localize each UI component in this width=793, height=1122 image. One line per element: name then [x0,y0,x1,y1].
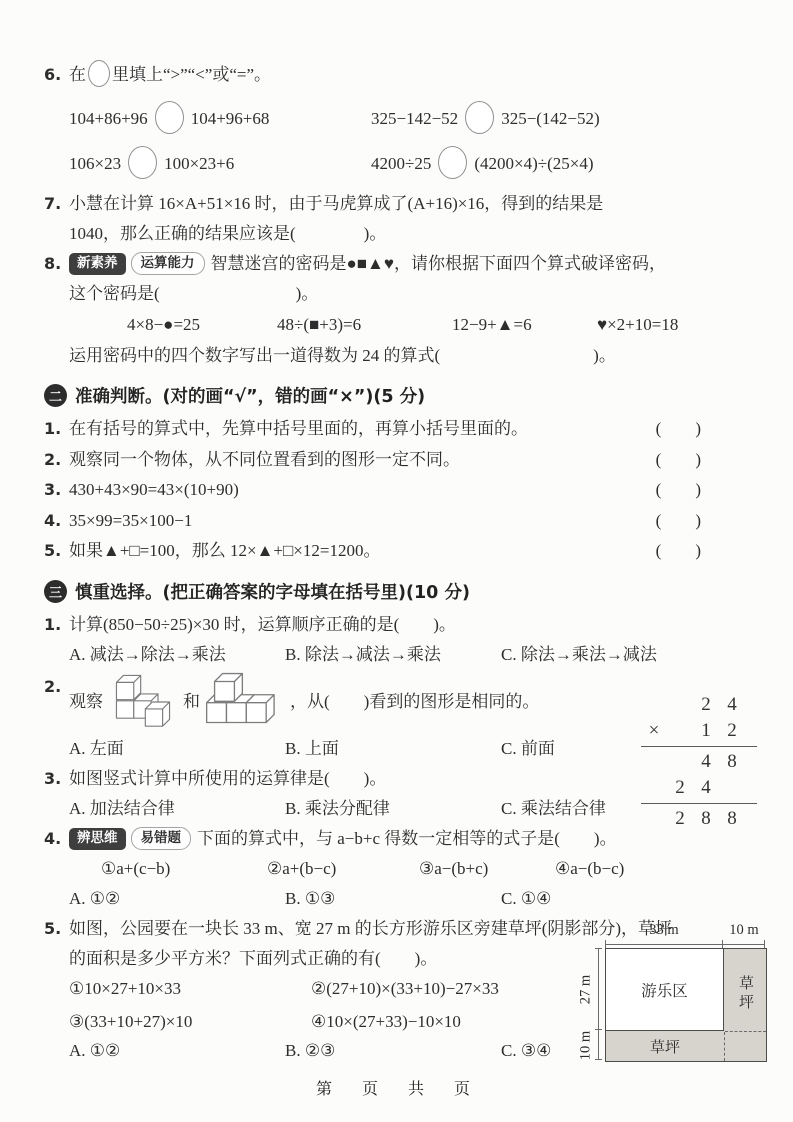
play-area: 游乐区 [606,949,724,1031]
question-8: 8. 新素养运算能力智慧迷宫的密码是●■▲♥，请你根据下面四个算式破译密码， 这… [44,249,763,371]
question-number: 7. [44,189,61,219]
section-2-header: 二 准确判断。(对的画“√”，错的画“×”)(5 分) [44,383,763,408]
option-a: A. 左面 [69,734,285,764]
tick-mark [605,940,606,948]
options-row: A. 减法→除法→乘法 B. 除法→减法→乘法 C. 除法→乘法→减法 [69,640,763,670]
tf-item: 4. 35×99=35×100−1 ( ) [44,506,763,537]
question-number: 6. [44,60,61,90]
option-b: B. 除法→减法→乘法 [285,640,501,670]
section-2-title: 准确判断。(对的画“√”，错的画“×”)(5 分) [75,383,425,408]
dashed-divider-vertical [724,1032,725,1061]
question-7-line2: 1040，那么正确的结果应该是( )。 [69,219,763,249]
item-number: 4. [44,506,61,536]
expression-2: ②a+(b−c) [267,854,419,884]
section-3-header: 三 慎重选择。(把正确答案的字母填在括号里)(10 分) [44,579,763,604]
stem-text: 观察 [69,687,103,717]
tick-mark [764,940,765,948]
tick-mark [595,948,602,949]
mult-digit: 2 [675,806,685,832]
answer-bracket: ( ) [656,506,701,537]
question-8-line3: 运用密码中的四个数字写出一道得数为 24 的算式( )。 [69,341,763,371]
mult-digit: 2 [701,692,711,718]
tick-mark [722,940,723,948]
answer-circle-icon [128,146,157,179]
stem-text: ，从( )看到的图形是相同的。 [290,687,539,717]
lawn-label-right: 草坪 [725,959,766,1029]
question-8-line1: 新素养运算能力智慧迷宫的密码是●■▲♥，请你根据下面四个算式破译密码， [69,249,763,279]
answer-circle-icon [465,101,494,134]
measure-line-left [598,948,599,1060]
choice-question-1: 1. 计算(850−50÷25)×30 时，运算顺序正确的是( )。 A. 减法… [44,610,763,670]
equation: 12−9+▲=6 [452,310,597,340]
prompt-text: 里填上“>”“<”或“=”。 [112,65,271,84]
mult-row-multiplier: ×12 [641,718,757,744]
comparison-grid: 104+86+96104+96+68 325−142−52325−(142−52… [69,101,763,180]
comparison-item: 104+86+96104+96+68 [69,101,371,135]
expression-left: 104+86+96 [69,109,148,128]
vertical-multiplication: 24 ×12 48 24 288 [641,692,757,832]
mult-row-product: 288 [641,806,757,832]
tf-item: 3. 430+43×90=43×(10+90) ( ) [44,475,763,506]
section-3-icon: 三 [44,580,67,603]
option-b: B. ①③ [285,884,501,914]
password-equations: 4×8−●=25 48÷(■+3)=6 12−9+▲=6 ♥×2+10=18 [69,310,763,340]
expression-1: ①10×27+10×33 [69,974,311,1003]
question-6-prompt: 在里填上“>”“<”或“=”。 [69,60,763,90]
item-number: 1. [44,414,61,444]
mult-digit: 1 [701,718,711,744]
answer-circle-icon [88,60,110,87]
prompt-text: 在 [69,65,86,84]
mult-digit: 8 [727,749,737,775]
expression-3: ③(33+10+27)×10 [69,1007,311,1036]
stem-text: 下面的算式中，与 a−b+c 得数一定相等的式子是( )。 [197,829,617,848]
badge-discriminative-thinking: 辨思维 [69,828,126,850]
mult-rule-line [641,746,757,747]
expression-right: (4200×4)÷(25×4) [474,154,593,173]
measure-line-top [605,944,765,945]
item-number: 2. [44,445,61,475]
tf-item: 5. 如果▲+□=100，那么 12×▲+□×12=1200。 ( ) [44,536,763,567]
choice-question-4: 4. 辨思维易错题下面的算式中，与 a−b+c 得数一定相等的式子是( )。 ①… [44,824,763,914]
question-number: 4. [44,824,61,854]
option-b: B. 乘法分配律 [285,794,501,824]
option-a: A. ①② [69,1036,285,1066]
dashed-divider-horizontal [725,1031,766,1032]
park-outline: 游乐区 草坪 草坪 [605,948,767,1062]
answer-bracket: ( ) [656,475,701,506]
expression-left: 106×23 [69,154,121,173]
option-c: C. ①④ [501,884,551,914]
question-6: 6. 在里填上“>”“<”或“=”。 104+86+96104+96+68 32… [44,60,763,180]
expression-left: 325−142−52 [371,109,458,128]
question-7-line1: 小慧在计算 16×A+51×16 时，由于马虎算成了(A+16)×16，得到的结… [69,189,763,219]
option-a: A. ①② [69,884,285,914]
mult-row-partial2: 24 [641,775,757,801]
item-text: 在有括号的算式中，先算中括号里面的，再算小括号里面的。 [69,414,656,445]
badge-computation-ability: 运算能力 [131,252,205,275]
answer-bracket: ( ) [656,536,701,567]
equation: 48÷(■+3)=6 [277,310,452,340]
item-text: 观察同一个物体，从不同位置看到的图形一定不同。 [69,445,656,476]
option-b: B. ②③ [285,1036,501,1066]
tick-mark [595,1029,602,1030]
tick-mark [595,1059,602,1060]
mult-rule-line [641,803,757,804]
comparison-item: 4200÷25(4200×4)÷(25×4) [371,146,763,180]
option-a: A. 减法→除法→乘法 [69,640,285,670]
badge-new-literacy: 新素养 [69,253,126,275]
tf-item: 2. 观察同一个物体，从不同位置看到的图形一定不同。 ( ) [44,445,763,476]
equation: ♥×2+10=18 [597,310,678,340]
question-number: 5. [44,914,61,944]
question-7: 7. 小慧在计算 16×A+51×16 时，由于马虎算成了(A+16)×16，得… [44,189,763,249]
mult-row-partial1: 48 [641,749,757,775]
expression-1: ①a+(c−b) [101,854,267,884]
expression-3: ③a−(b+c) [419,854,555,884]
mult-row-multiplicand: 24 [641,692,757,718]
park-diagram: 33 m 10 m 27 m 10 m 游乐区 草坪 草坪 [578,926,788,1076]
item-text: 如果▲+□=100，那么 12×▲+□×12=1200。 [69,536,656,567]
stem: 计算(850−50÷25)×30 时，运算顺序正确的是( )。 [69,610,763,640]
mult-digit: 8 [727,806,737,832]
option-b: B. 上面 [285,734,501,764]
worksheet-page: 6. 在里填上“>”“<”或“=”。 104+86+96104+96+68 32… [0,0,793,1122]
options-row: A. ①② B. ①③ C. ①④ [69,884,763,914]
answer-bracket: ( ) [656,445,701,476]
answer-circle-icon [438,146,467,179]
stem-text: 和 [183,687,200,717]
tf-item: 1. 在有括号的算式中，先算中括号里面的，再算小括号里面的。 ( ) [44,414,763,445]
expression-left: 4200÷25 [371,154,431,173]
option-c: C. ③④ [501,1036,551,1066]
mult-digit: 2 [727,718,737,744]
dimension-label-33m: 33 m [605,922,723,939]
equation: 4×8−●=25 [127,310,277,340]
expression-4: ④a−(b−c) [555,854,624,884]
expression-right: 104+96+68 [191,109,270,128]
mult-digit: 8 [701,806,711,832]
answer-bracket: ( ) [656,414,701,445]
mult-digit: 2 [675,775,685,801]
expression-row: ①a+(c−b) ②a+(b−c) ③a−(b+c) ④a−(b−c) [69,854,763,884]
option-c: C. 除法→乘法→减法 [501,640,657,670]
dimension-label-10m-side: 10 m [578,1026,595,1066]
section-2-icon: 二 [44,384,67,407]
cube-figure-2 [204,672,286,732]
option-c: C. 前面 [501,734,555,764]
worksheet-content: 6. 在里填上“>”“<”或“=”。 104+86+96104+96+68 32… [44,60,763,1066]
item-number: 5. [44,536,61,566]
question-number: 1. [44,610,61,640]
item-text: 35×99=35×100−1 [69,506,656,537]
expression-right: 100×23+6 [164,154,234,173]
question-number: 8. [44,249,61,279]
answer-circle-icon [155,101,184,134]
page-footer: 第 页 共 页 [0,1076,793,1099]
option-a: A. 加法结合律 [69,794,285,824]
question-8-line2: 这个密码是( )。 [69,279,763,309]
mult-digit: 4 [701,749,711,775]
option-c: C. 乘法结合律 [501,794,606,824]
item-number: 3. [44,475,61,505]
true-false-list: 1. 在有括号的算式中，先算中括号里面的，再算小括号里面的。 ( ) 2. 观察… [44,414,763,567]
mult-digit: 4 [727,692,737,718]
stem-text: 智慧迷宫的密码是●■▲♥，请你根据下面四个算式破译密码， [211,254,666,273]
comparison-item: 106×23100×23+6 [69,146,371,180]
lawn-label-bottom: 草坪 [606,1031,724,1061]
badge-error-prone: 易错题 [131,827,192,850]
comparison-item: 325−142−52325−(142−52) [371,101,763,135]
multiply-sign: × [649,718,660,744]
mult-digit: 4 [701,775,711,801]
cube-figure-1 [107,672,179,732]
dimension-label-27m: 27 m [578,949,595,1031]
question-number: 3. [44,764,61,794]
section-3-title: 慎重选择。(把正确答案的字母填在括号里)(10 分) [75,579,470,604]
dimension-label-10m-top: 10 m [723,922,765,939]
expression-right: 325−(142−52) [501,109,600,128]
item-text: 430+43×90=43×(10+90) [69,475,656,506]
question-number: 2. [44,672,61,702]
